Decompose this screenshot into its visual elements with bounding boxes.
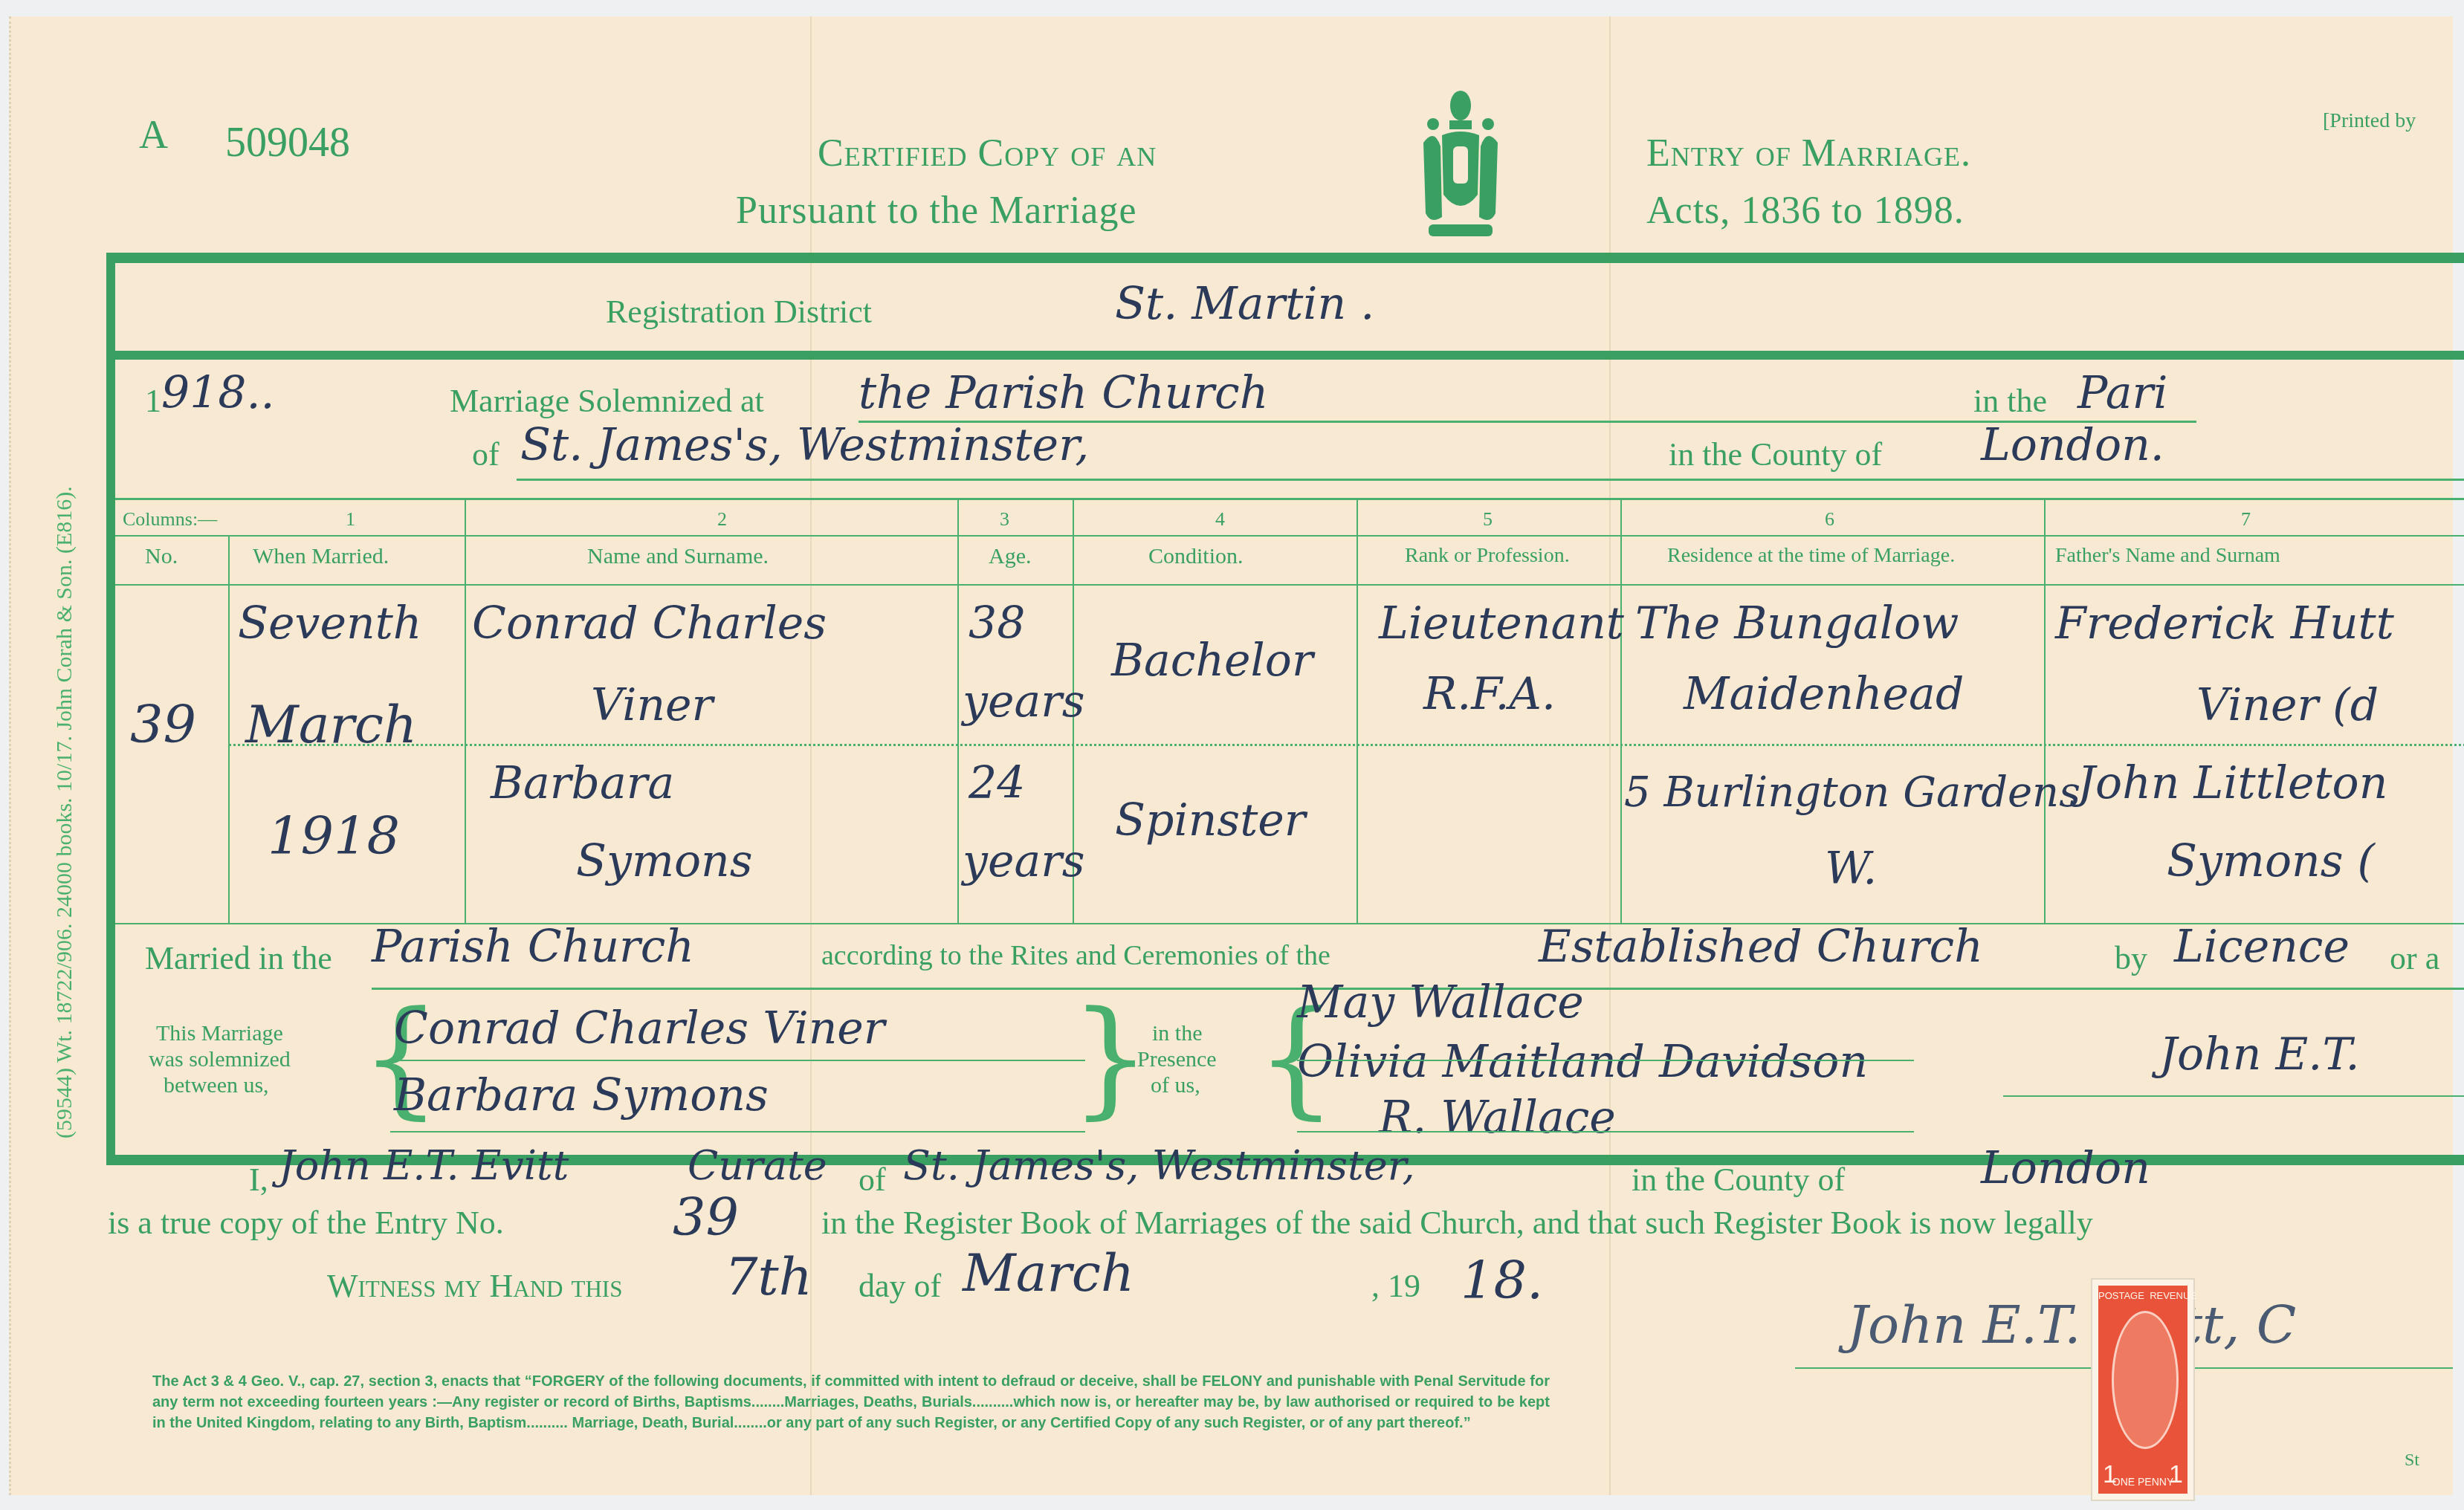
bride-age-unit: years <box>963 835 1085 887</box>
cert-i-label: I, <box>249 1161 268 1199</box>
groom-residence-line1: The Bungalow <box>1635 597 1959 649</box>
column-number: 3 <box>1000 508 1009 531</box>
column-divider <box>1620 499 1622 923</box>
witness-signature: May Wallace <box>1297 976 1584 1028</box>
cert-role: Curate <box>688 1142 827 1189</box>
bride-name-surname: Symons <box>576 835 752 887</box>
header-name-surname: Name and Surname. <box>587 544 769 569</box>
when-married-year: 1918 <box>268 806 400 866</box>
bride-father-line1: John Littleton <box>2077 757 2387 809</box>
table-top-rule <box>115 498 2464 500</box>
of-label: of <box>472 435 499 473</box>
groom-father-line1: Frederick Hutt <box>2055 597 2394 649</box>
groom-father-line2: Viner (d <box>2196 679 2379 731</box>
column-divider <box>465 499 466 923</box>
registrar-signature: John E.T. Evitt, C <box>1847 1294 2296 1355</box>
printer-imprint: (59544) Wt. 18722/906. 24000 books. 10/1… <box>52 486 77 1138</box>
header-condition: Condition. <box>1148 544 1244 569</box>
column-number: 1 <box>346 508 355 531</box>
header-age: Age. <box>989 544 1031 569</box>
cert-of-label: of <box>858 1161 886 1199</box>
cert-county-label: in the County of <box>1632 1161 1845 1199</box>
certificate-paper: (59544) Wt. 18722/906. 24000 books. 10/1… <box>9 16 2453 1495</box>
officiant-line <box>2003 1095 2464 1097</box>
title-left-1: Certified Copy of an <box>818 132 1157 175</box>
serial-number: 509048 <box>225 119 350 166</box>
bride-name-first: Barbara <box>491 757 674 809</box>
witness-signature: Olivia Maitland Davidson <box>1297 1036 1868 1088</box>
between-label-2: was solemnized <box>149 1047 291 1072</box>
cert-month: March <box>963 1242 1134 1303</box>
presence-label-1: in the <box>1152 1021 1203 1046</box>
bride-residence-line1: 5 Burlington Gardens <box>1624 768 2080 817</box>
divider <box>115 351 2464 360</box>
register-frame: Registration District St. Martin . 1 918… <box>106 253 2464 1165</box>
bride-father-line2: Symons ( <box>2167 835 2375 887</box>
cert-of-value: St. James's, Westminster, <box>903 1142 1415 1189</box>
column-divider <box>1357 499 1358 923</box>
when-married-month: March <box>245 694 417 755</box>
header-rank-profession: Rank or Profession. <box>1405 544 1570 568</box>
title-right-2: Acts, 1836 to 1898. <box>1646 189 1965 233</box>
in-the-value: Pari <box>2077 367 2167 419</box>
title-right-1: Entry of Marriage. <box>1646 132 1971 175</box>
by-label: by <box>2115 939 2147 977</box>
column-divider <box>228 537 230 923</box>
bride-age: 24 <box>969 757 1025 809</box>
witness-line <box>1297 1060 1914 1061</box>
stamp-top-text: POSTAGE REVENUE <box>2098 1290 2187 1301</box>
rites-value: Established Church <box>1539 921 1983 973</box>
solemnized-at-label: Marriage Solemnized at <box>450 382 764 420</box>
married-in-label: Married in the <box>145 939 332 977</box>
columns-label: Columns:— <box>123 508 217 531</box>
county-value: London. <box>1981 419 2164 471</box>
or-label: or a <box>2390 939 2439 977</box>
title-left-2: Pursuant to the Marriage <box>736 189 1137 233</box>
groom-name-surname: Viner <box>591 679 713 731</box>
by-value: Licence <box>2174 921 2350 973</box>
signature-line <box>390 1060 1085 1061</box>
cert-line2-suffix: in the Register Book of Marriages of the… <box>821 1204 2093 1242</box>
cert-day: 7th <box>725 1246 812 1307</box>
forgery-warning: The Act 3 & 4 Geo. V., cap. 27, section … <box>152 1371 1550 1433</box>
bride-residence-line2: W. <box>1825 843 1877 895</box>
column-divider <box>957 499 959 923</box>
column-number: 4 <box>1215 508 1225 531</box>
bride-signature: Barbara Symons <box>394 1069 769 1121</box>
county-label: in the County of <box>1669 435 1882 473</box>
bride-condition: Spinster <box>1115 794 1305 846</box>
printed-by-note: [Printed by <box>2323 109 2416 133</box>
column-number: 7 <box>2241 508 2251 531</box>
cert-name: John E.T. Evitt <box>279 1142 569 1189</box>
groom-signature: Conrad Charles Viner <box>394 1002 885 1054</box>
day-of-label: day of <box>858 1267 941 1305</box>
header-rule <box>115 535 2464 537</box>
witness-signature: R. Wallace <box>1379 1092 1616 1144</box>
header-bottom-rule <box>115 584 2464 586</box>
header-when-married: When Married. <box>253 544 389 569</box>
groom-residence-line2: Maidenhead <box>1684 668 1964 720</box>
header-father: Father's Name and Surnam <box>2055 544 2280 568</box>
header-residence: Residence at the time of Marriage. <box>1667 544 1955 568</box>
cert-year-value: 18. <box>1461 1250 1543 1311</box>
column-number: 6 <box>1825 508 1834 531</box>
when-married-day: Seventh <box>238 597 421 649</box>
cert-county-value: London <box>1981 1142 2150 1194</box>
stamp-value-text: ONE PENNY <box>2098 1476 2187 1488</box>
king-portrait-icon <box>2112 1311 2179 1449</box>
in-the-label: in the <box>1973 382 2047 420</box>
fill-line <box>517 479 2464 481</box>
column-divider <box>2044 499 2046 923</box>
postage-revenue-stamp: POSTAGE REVENUE 1 1 ONE PENNY <box>2092 1280 2193 1500</box>
witness-hand-label: Witness my Hand this <box>327 1267 622 1305</box>
cert-entry-no: 39 <box>673 1187 739 1248</box>
registration-district-value: St. Martin . <box>1115 278 1374 330</box>
groom-age: 38 <box>969 597 1025 649</box>
married-in-value: Parish Church <box>372 921 694 973</box>
between-label-3: between us, <box>164 1073 269 1098</box>
of-value: St. James's, Westminster, <box>520 419 1089 471</box>
header-no: No. <box>145 544 178 569</box>
groom-condition: Bachelor <box>1111 635 1313 687</box>
cert-line2-prefix: is a true copy of the Entry No. <box>108 1204 504 1242</box>
solemnized-at-value: the Parish Church <box>858 367 1268 419</box>
royal-coat-of-arms-icon <box>1420 76 1501 254</box>
groom-profession: Lieutenant <box>1379 597 1624 649</box>
groom-name-first: Conrad Charles <box>472 597 827 649</box>
stamp-label-small: St <box>2405 1451 2419 1471</box>
presence-label-3: of us, <box>1151 1073 1200 1098</box>
officiant-signature: John E.T. <box>2159 1028 2360 1080</box>
column-number: 2 <box>717 508 727 531</box>
year-value: 918.. <box>161 367 275 419</box>
column-number: 5 <box>1483 508 1493 531</box>
row-divider <box>228 744 2464 746</box>
witness-line <box>1297 1131 1914 1132</box>
registration-district-label: Registration District <box>606 293 872 331</box>
serial-letter: A <box>139 111 168 158</box>
cert-year-prefix: , 19 <box>1371 1267 1420 1305</box>
signature-line <box>390 1131 1085 1132</box>
presence-label-2: Presence <box>1137 1047 1217 1072</box>
year-prefix: 1 <box>145 382 161 420</box>
groom-age-unit: years <box>963 675 1085 728</box>
entry-number: 39 <box>130 694 196 755</box>
rites-label: according to the Rites and Ceremonies of… <box>821 939 1330 972</box>
between-label-1: This Marriage <box>156 1021 283 1046</box>
groom-profession-unit: R.F.A. <box>1423 668 1556 720</box>
